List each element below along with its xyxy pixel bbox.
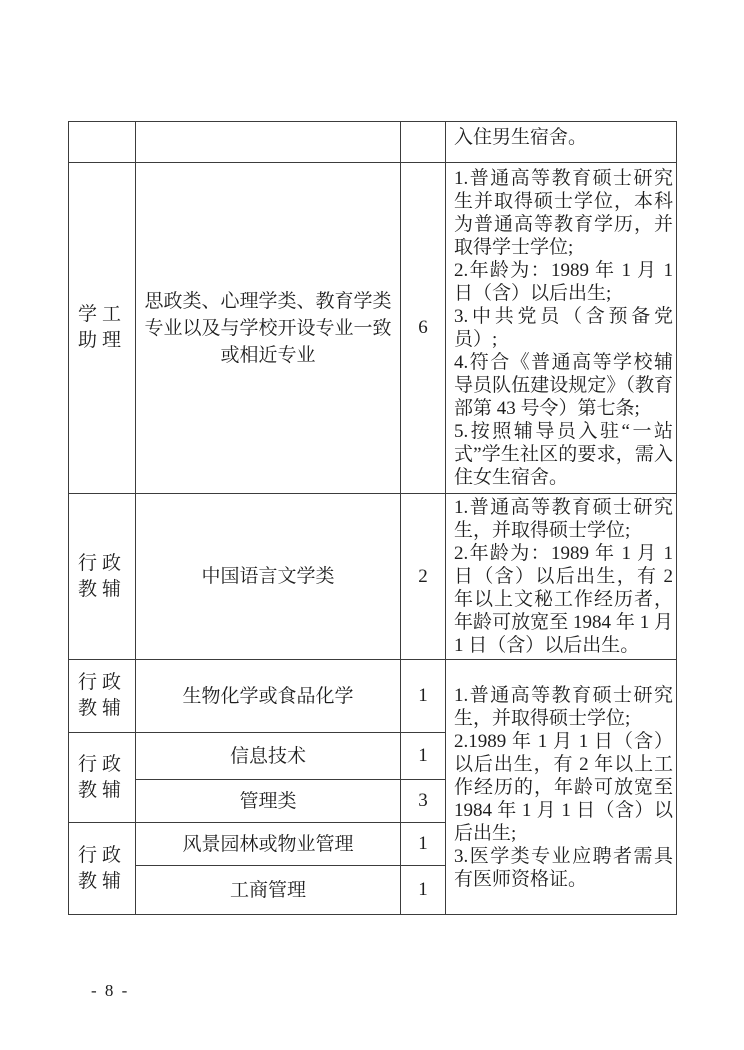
document-page: 入住男生宿舍。 学工助理 思政类、心理学类、教育学类专业以及与学校开设专业一致或… — [0, 0, 744, 1050]
requirement-item: 3.医学类专业应聘者需具有医师资格证。 — [454, 845, 673, 891]
requirement-item: 2.年龄为：1989 年 1 月 1 日（含）以后出生; — [454, 259, 673, 305]
count-cell: 1 — [401, 660, 446, 733]
table-row-xuegong-zhuli: 学工助理 思政类、心理学类、教育学类专业以及与学校开设专业一致或相近专业 6 1… — [69, 163, 677, 494]
requirement-item: 入住男生宿舍。 — [454, 126, 673, 149]
requirement-item: 1.普通高等教育硕士研究生，并取得硕士学位; — [454, 496, 673, 542]
count-cell — [401, 122, 446, 163]
page-number: - 8 - — [91, 981, 129, 1001]
count-cell: 1 — [401, 733, 446, 780]
count-cell: 2 — [401, 494, 446, 660]
requirement-item: 4.符合《普通高等学校辅导员队伍建设规定》（教育部第 43 号令）第七条; — [454, 351, 673, 420]
count-cell: 1 — [401, 866, 446, 915]
position-cell: 行政教辅 — [69, 823, 136, 915]
requirement-item: 3.中共党员（含预备党员）; — [454, 305, 673, 351]
major-cell: 风景园林或物业管理 — [136, 823, 401, 866]
table-row-carryover: 入住男生宿舍。 — [69, 122, 677, 163]
major-cell: 生物化学或食品化学 — [136, 660, 401, 733]
requirement-item: 1.普通高等教育硕士研究生，并取得硕士学位; — [454, 684, 673, 730]
requirements-cell: 1.普通高等教育硕士研究生并取得硕士学位，本科为普通高等教育学历，并取得学士学位… — [446, 163, 677, 494]
count-cell: 3 — [401, 780, 446, 823]
major-cell: 信息技术 — [136, 733, 401, 780]
major-cell: 中国语言文学类 — [136, 494, 401, 660]
major-cell: 思政类、心理学类、教育学类专业以及与学校开设专业一致或相近专业 — [136, 163, 401, 494]
requirement-item: 1.普通高等教育硕士研究生并取得硕士学位，本科为普通高等教育学历，并取得学士学位… — [454, 167, 673, 259]
recruitment-requirements-table: 入住男生宿舍。 学工助理 思政类、心理学类、教育学类专业以及与学校开设专业一致或… — [68, 121, 677, 915]
major-cell — [136, 122, 401, 163]
position-cell: 学工助理 — [69, 163, 136, 494]
major-cell: 管理类 — [136, 780, 401, 823]
requirements-cell: 入住男生宿舍。 — [446, 122, 677, 163]
position-cell: 行政教辅 — [69, 494, 136, 660]
requirement-item: 2.1989 年 1 月 1 日（含）以后出生，有 2 年以上工作经历的，年龄可… — [454, 730, 673, 845]
position-cell: 行政教辅 — [69, 660, 136, 733]
requirements-cell-shared: 1.普通高等教育硕士研究生，并取得硕士学位; 2.1989 年 1 月 1 日（… — [446, 660, 677, 915]
requirement-item: 2.年龄为：1989 年 1 月 1 日（含）以后出生，有 2 年以上文秘工作经… — [454, 542, 673, 657]
major-cell: 工商管理 — [136, 866, 401, 915]
position-cell: 行政教辅 — [69, 733, 136, 823]
table-row-shengwu: 行政教辅 生物化学或食品化学 1 1.普通高等教育硕士研究生，并取得硕士学位; … — [69, 660, 677, 733]
count-cell: 6 — [401, 163, 446, 494]
requirements-cell: 1.普通高等教育硕士研究生，并取得硕士学位; 2.年龄为：1989 年 1 月 … — [446, 494, 677, 660]
position-cell — [69, 122, 136, 163]
table-row-zhongwen: 行政教辅 中国语言文学类 2 1.普通高等教育硕士研究生，并取得硕士学位; 2.… — [69, 494, 677, 660]
requirement-item: 5.按照辅导员入驻“一站式”学生社区的要求，需入住女生宿舍。 — [454, 420, 673, 489]
count-cell: 1 — [401, 823, 446, 866]
